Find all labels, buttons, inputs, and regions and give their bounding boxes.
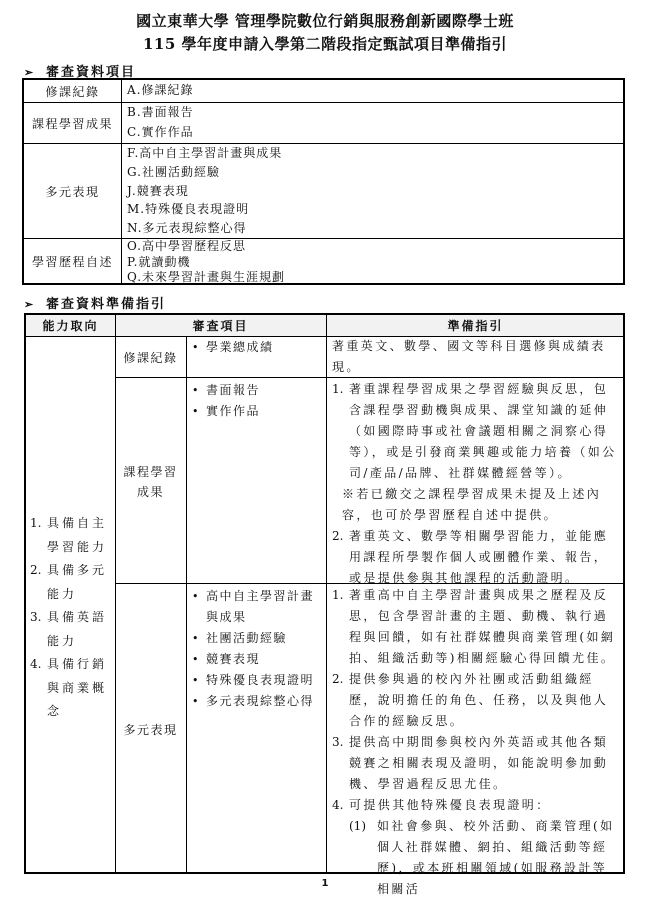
- bullet-icon: •: [192, 649, 206, 670]
- guide-list: 1.著重高中自主學習計畫與成果之歷程及反思，包含學習計畫的主題、動機、執行過程與…: [332, 585, 620, 897]
- ability-item: 1.具備自主學習能力: [30, 512, 114, 559]
- row-items: B.書面報告 C.實作作品: [121, 103, 623, 143]
- table-row: 課程學習成果 B.書面報告 C.實作作品: [24, 102, 623, 143]
- table-row: 多元表現 F.高中自主學習計畫與成果 G.社團活動經驗 J.競賽表現 M.特殊優…: [24, 143, 623, 238]
- list-item: J.競賽表現: [127, 182, 623, 201]
- header-review-items: 審查項目: [115, 315, 326, 336]
- review-item-list: •書面報告 •實作作品: [192, 380, 324, 422]
- guide-item: 1.著重高中自主學習計畫與成果之歷程及反思，包含學習計畫的主題、動機、執行過程與…: [332, 585, 620, 669]
- list-item: •多元表現綜整心得: [192, 691, 324, 712]
- category-label: 多元表現: [115, 720, 186, 740]
- list-item: •社團活動經驗: [192, 628, 324, 649]
- section-heading-preparation-guide: ➢審查資料準備指引: [24, 293, 166, 312]
- list-item: P.就讀動機: [127, 255, 623, 271]
- bullet-icon: •: [192, 691, 206, 712]
- row-label: 修課紀錄: [24, 80, 121, 102]
- list-item: M.特殊優良表現證明: [127, 200, 623, 219]
- table-row: 修課紀錄 A.修課紀錄: [24, 80, 623, 102]
- guide-item: 1.著重課程學習成果之學習經驗與反思，包含課程學習動機與成果、課堂知識的延伸（如…: [332, 379, 620, 484]
- row-label: 多元表現: [24, 144, 121, 238]
- row-items: A.修課紀錄: [121, 80, 623, 102]
- arrow-bullet-icon: ➢: [24, 298, 46, 311]
- bullet-icon: •: [192, 337, 206, 358]
- list-item: •實作作品: [192, 401, 324, 422]
- guide-item: 4.可提供其他特殊優良表現證明：: [332, 795, 620, 816]
- list-item: G.社團活動經驗: [127, 163, 623, 182]
- preparation-guide-table: 能力取向 審查項目 準備指引 1.具備自主學習能力 2.具備多元能力 3.具備英…: [24, 313, 625, 874]
- guide-note: ※若已繳交之課程學習成果未提及上述內容，也可於學習歷程自述中提供。: [332, 484, 620, 526]
- ability-item: 3.具備英語能力: [30, 606, 114, 653]
- category-label: 修課紀錄: [115, 348, 186, 368]
- guide-list: 1.著重課程學習成果之學習經驗與反思，包含課程學習動機與成果、課堂知識的延伸（如…: [332, 379, 620, 589]
- row-items: O.高中學習歷程反思 P.就讀動機 Q.未來學習計畫與生涯規劃: [121, 239, 623, 283]
- column-divider: [186, 336, 187, 874]
- review-item-list: •高中自主學習計畫與成果 •社團活動經驗 •競賽表現 •特殊優良表現證明 •多元…: [192, 586, 324, 712]
- list-item: N.多元表現綜整心得: [127, 219, 623, 238]
- table-row: 學習歷程自述 O.高中學習歷程反思 P.就讀動機 Q.未來學習計畫與生涯規劃: [24, 238, 623, 283]
- list-item: •書面報告: [192, 380, 324, 401]
- list-item: •特殊優良表現證明: [192, 670, 324, 691]
- list-item: •競賽表現: [192, 649, 324, 670]
- section-title: 審查資料準備指引: [46, 297, 166, 312]
- ability-item: 4.具備行銷與商業概念: [30, 653, 114, 724]
- row-label: 課程學習成果: [24, 103, 121, 143]
- bullet-icon: •: [192, 401, 206, 422]
- row-items: F.高中自主學習計畫與成果 G.社團活動經驗 J.競賽表現 M.特殊優良表現證明…: [121, 144, 623, 238]
- row-label: 學習歷程自述: [24, 239, 121, 283]
- guide-text: 著重英文、數學、國文等科目選修與成績表現。: [332, 336, 620, 378]
- document-title-line1: 國立東華大學 管理學院數位行銷與服務創新國際學士班: [0, 10, 650, 31]
- bullet-icon: •: [192, 670, 206, 691]
- bullet-icon: •: [192, 586, 206, 628]
- list-item: •高中自主學習計畫與成果: [192, 586, 324, 628]
- document-title-line2: 115 學年度申請入學第二階段指定甄試項目準備指引: [0, 33, 650, 54]
- list-item: Q.未來學習計畫與生涯規劃: [127, 270, 623, 286]
- category-label: 課程學習 成果: [115, 462, 186, 502]
- list-item: •學業總成績: [192, 337, 324, 358]
- list-item: B.書面報告: [127, 103, 623, 123]
- list-item: A.修課紀錄: [127, 80, 623, 101]
- bullet-icon: •: [192, 380, 206, 401]
- guide-item: 2.提供參與過的校內外社團或活動組織經歷，說明擔任的角色、任務，以及與他人合作的…: [332, 669, 620, 732]
- header-guide: 準備指引: [326, 315, 625, 336]
- ability-list: 1.具備自主學習能力 2.具備多元能力 3.具備英語能力 4.具備行銷與商業概念: [30, 512, 114, 724]
- bullet-icon: •: [192, 628, 206, 649]
- list-item: F.高中自主學習計畫與成果: [127, 144, 623, 163]
- column-divider: [326, 315, 327, 874]
- list-item: C.實作作品: [127, 123, 623, 143]
- review-item-list: •學業總成績: [192, 337, 324, 358]
- header-ability: 能力取向: [26, 315, 115, 336]
- review-items-table: 修課紀錄 A.修課紀錄 課程學習成果 B.書面報告 C.實作作品 多元表現 F.…: [22, 78, 625, 285]
- ability-item: 2.具備多元能力: [30, 559, 114, 606]
- guide-item: 3.提供高中期間參與校內外英語或其他各類競賽之相關表現及證明，如能說明參加動機、…: [332, 732, 620, 795]
- column-divider: [115, 315, 116, 874]
- guide-item: 2.著重英文、數學等相關學習能力，並能應用課程所學製作個人或團體作業、報告，或是…: [332, 526, 620, 589]
- list-item: O.高中學習歷程反思: [127, 239, 623, 255]
- page-number: 1: [0, 878, 650, 889]
